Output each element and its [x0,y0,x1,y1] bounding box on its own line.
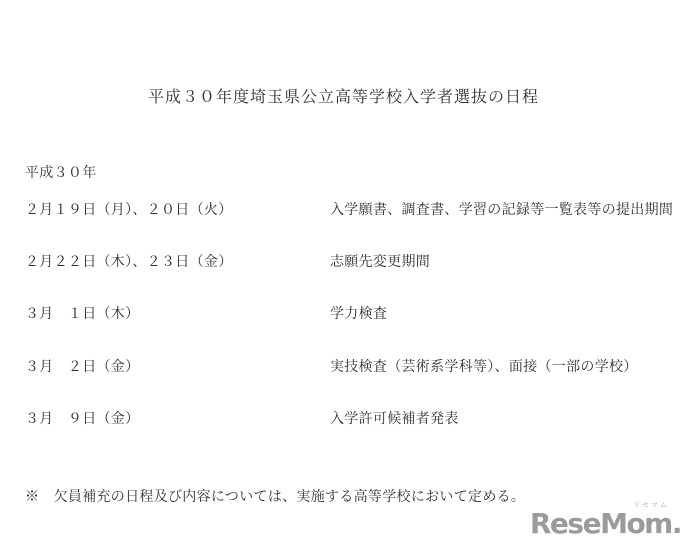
schedule-date: ２月２２日（木）、２３日（金） [25,251,330,271]
schedule-date: ３月 １日（木） [25,303,330,323]
schedule-date: ２月１９日（月）、２０日（火） [25,199,330,219]
schedule-date: ３月 ９日（金） [25,408,330,428]
page-title: 平成３０年度埼玉県公立高等学校入学者選抜の日程 [0,84,687,107]
schedule-event: 実技検査（芸術系学科等）、面接（一部の学校） [330,356,680,376]
schedule-row: ２月１９日（月）、２０日（火） 入学願書、調査書、学習の記録等一覧表等の提出期間 [25,199,680,219]
schedule-row: ３月 ２日（金） 実技検査（芸術系学科等）、面接（一部の学校） [25,356,680,376]
schedule-event: 志願先変更期間 [330,251,680,271]
resemom-logo-watermark: リセマム ReseMom. [530,501,681,539]
schedule-row: ２月２２日（木）、２３日（金） 志願先変更期間 [25,251,680,271]
schedule-row: ３月 ９日（金） 入学許可候補者発表 [25,408,680,428]
era-year-label: 平成３０年 [25,162,97,182]
footnote: ※ 欠員補充の日程及び内容については、実施する高等学校において定める。 [25,486,525,506]
schedule-date: ３月 ２日（金） [25,356,330,376]
schedule-event: 入学許可候補者発表 [330,408,680,428]
schedule-row: ３月 １日（木） 学力検査 [25,303,680,323]
schedule-event: 学力検査 [330,303,680,323]
resemom-wordmark: ReseMom. [530,509,681,539]
schedule-event: 入学願書、調査書、学習の記録等一覧表等の提出期間 [330,199,680,219]
